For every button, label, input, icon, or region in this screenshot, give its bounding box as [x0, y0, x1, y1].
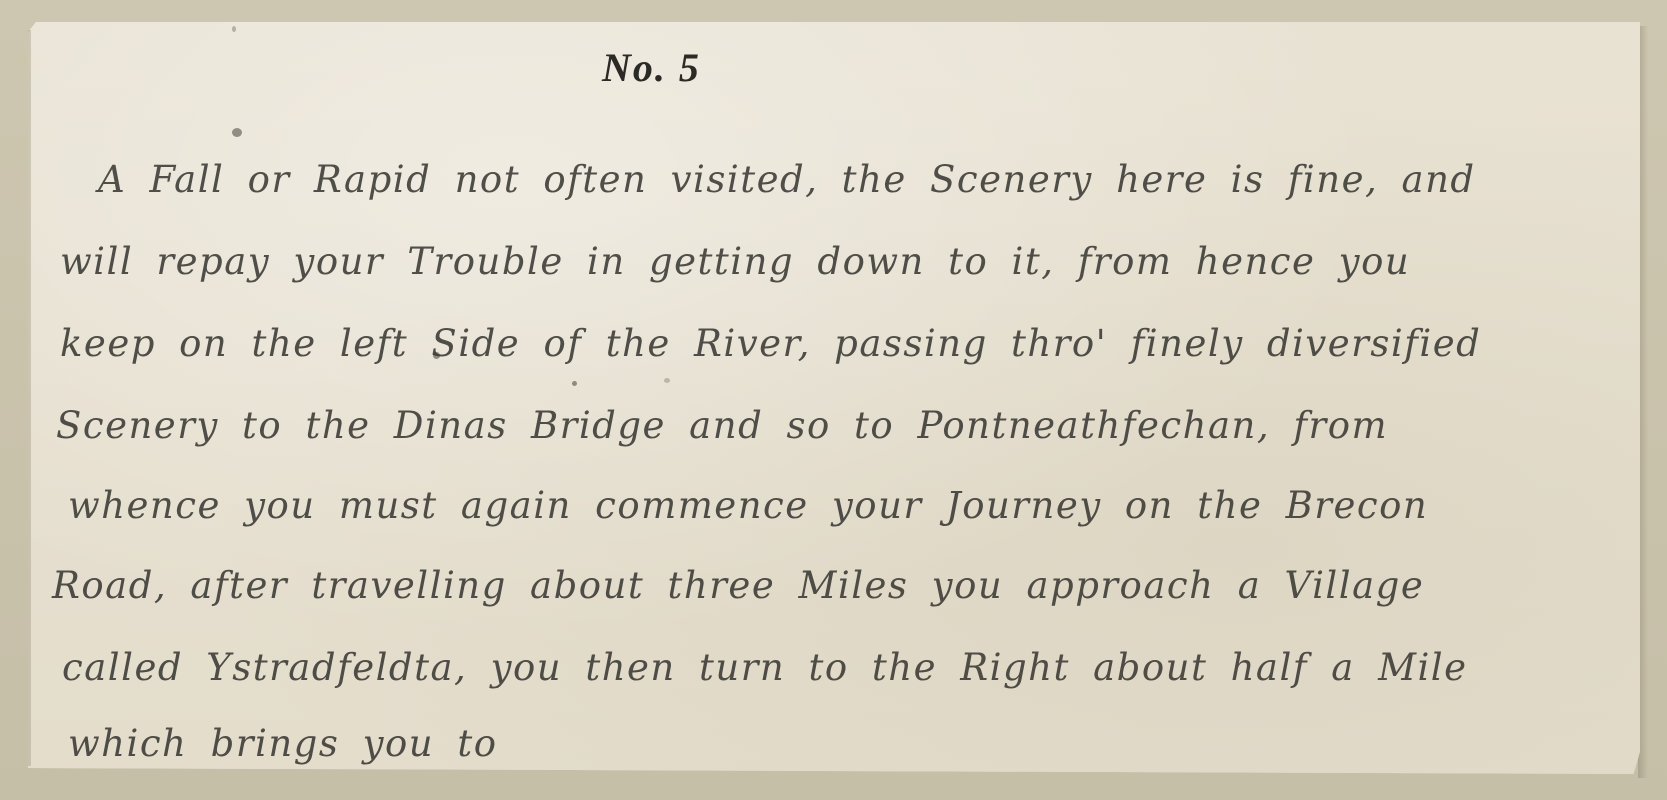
text-line: which brings you to	[68, 722, 498, 765]
manuscript-text: A Fall or Rapid not often visited, the S…	[0, 0, 1667, 800]
text-line: called Ystradfeldta, you then turn to th…	[62, 646, 1468, 689]
text-line: whence you must again commence your Jour…	[68, 484, 1428, 527]
text-line: will repay your Trouble in getting down …	[60, 240, 1410, 283]
text-line: keep on the left Side of the River, pass…	[60, 322, 1481, 365]
text-line: Scenery to the Dinas Bridge and so to Po…	[56, 404, 1388, 447]
text-line: Road, after travelling about three Miles…	[52, 564, 1424, 607]
text-line: A Fall or Rapid not often visited, the S…	[98, 158, 1476, 201]
